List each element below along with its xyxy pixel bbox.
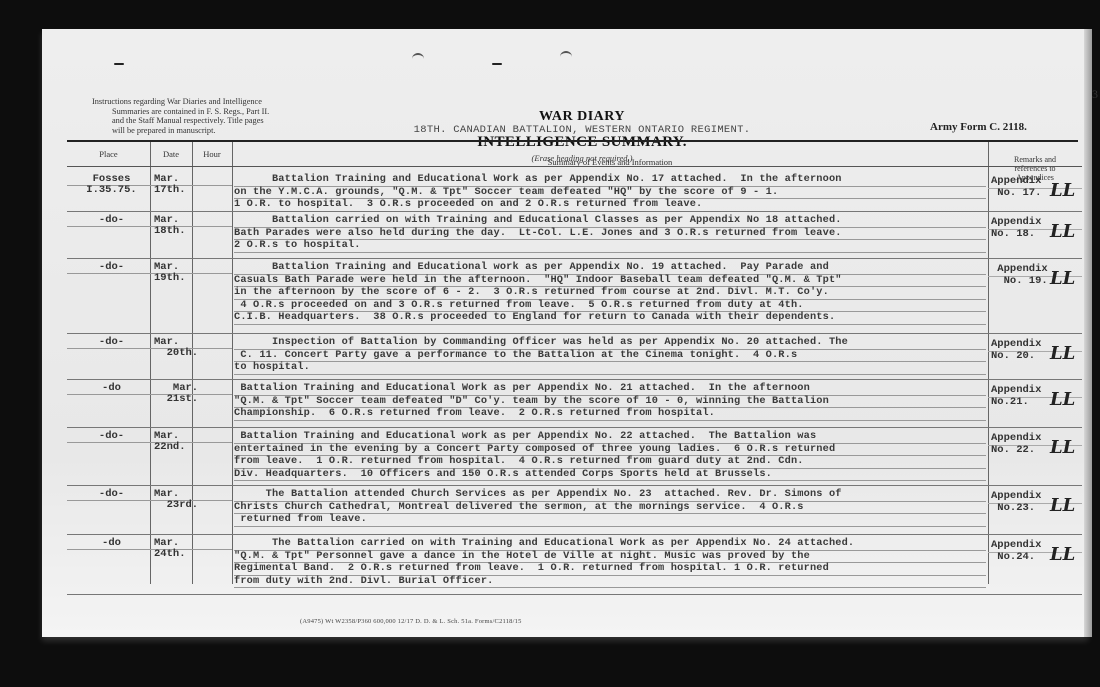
ruled-line — [67, 500, 232, 501]
document-title: WAR DIARY — [382, 109, 782, 125]
cell-place: -do- — [75, 215, 148, 226]
cell-summary: Battalion Training and Educational work … — [234, 430, 835, 480]
column-divider — [150, 142, 151, 584]
ruled-line — [234, 526, 986, 527]
cell-summary: Battalion Training and Educational Work … — [234, 382, 829, 420]
cell-summary: The Battalion attended Church Services a… — [234, 488, 842, 526]
cell-place: FossesI.35.75. — [75, 174, 148, 196]
row-divider — [67, 333, 1082, 334]
column-divider — [232, 142, 233, 584]
ruled-line — [234, 587, 986, 588]
row-divider — [67, 211, 1082, 212]
initials-signature: LL — [1050, 389, 1075, 410]
ruled-line — [234, 252, 986, 253]
page-number-top: 43 — [1086, 87, 1098, 102]
cell-place: -do- — [75, 489, 148, 500]
cell-remark: Appendix No. 17. — [991, 175, 1041, 199]
ruled-line — [234, 480, 986, 481]
title-block: WAR DIARY 18TH. CANADIAN BATTALION, WEST… — [382, 109, 782, 163]
cell-date: Mar.24th. — [154, 538, 186, 560]
printer-imprint: (A9475) Wt W2358/P360 600,000 12/17 D. D… — [300, 618, 522, 625]
cell-date: Mar.22nd. — [154, 431, 186, 453]
cell-summary: Battalion Training and Educational work … — [234, 261, 842, 324]
row-divider — [67, 379, 1082, 380]
document-subtitle: INTELLIGENCE SUMMARY. — [382, 134, 782, 151]
cell-place: -do- — [75, 262, 148, 273]
header-hour: Hour — [192, 149, 232, 159]
row-divider — [67, 594, 1082, 595]
initials-signature: LL — [1050, 221, 1075, 242]
ink-mark — [114, 63, 124, 65]
cell-remark: AppendixNo. 18. — [991, 216, 1041, 240]
cell-remark: AppendixNo. 20. — [991, 338, 1041, 362]
ruled-line — [67, 394, 232, 395]
header-underline — [67, 166, 1082, 167]
cell-summary: The Battalion carried on with Training a… — [234, 537, 854, 587]
row-divider — [67, 534, 1082, 535]
punch-hole — [560, 51, 572, 58]
initials-signature: LL — [1050, 180, 1075, 201]
instructions-note: Instructions regarding War Diaries and I… — [92, 97, 332, 135]
cell-date: Mar. 20th. — [154, 337, 198, 359]
cell-remark: AppendixNo. 22. — [991, 432, 1041, 456]
cell-remark: Appendix No. 19. — [991, 263, 1048, 287]
ruled-line — [234, 324, 986, 325]
ruled-line — [234, 374, 986, 375]
cell-date: Mar.17th. — [154, 174, 186, 196]
cell-date: Mar.19th. — [154, 262, 186, 284]
header-rule — [67, 140, 1078, 142]
cell-remark: AppendixNo.21. — [991, 384, 1041, 408]
ruled-line — [67, 442, 232, 443]
cell-place: -do- — [75, 337, 148, 348]
ink-mark — [492, 63, 502, 65]
column-divider — [192, 142, 193, 584]
cell-place: -do — [75, 538, 148, 549]
header-place: Place — [67, 149, 150, 159]
form-number: Army Form C. 2118. — [930, 121, 1027, 133]
initials-signature: LL — [1050, 343, 1075, 364]
cell-remark: Appendix No.23. — [991, 490, 1041, 514]
cell-date: Mar. 23rd. — [154, 489, 198, 511]
ruled-line — [67, 549, 232, 550]
header-date: Date — [150, 149, 192, 159]
cell-summary: Battalion Training and Educational Work … — [234, 173, 842, 211]
cell-place: -do- — [75, 431, 148, 442]
initials-signature: LL — [1050, 437, 1075, 458]
war-diary-page: 43 Instructions regarding War Diaries an… — [42, 29, 1088, 637]
ruled-line — [67, 226, 232, 227]
cell-place: -do — [75, 383, 148, 394]
cell-summary: Battalion carried on with Training and E… — [234, 214, 842, 252]
cell-remark: Appendix No.24. — [991, 539, 1041, 563]
cell-date: Mar.18th. — [154, 215, 186, 237]
ruled-line — [234, 420, 986, 421]
cell-date: Mar. 21st. — [154, 383, 198, 405]
column-divider — [988, 142, 989, 584]
initials-signature: LL — [1050, 544, 1075, 565]
ruled-line — [67, 348, 232, 349]
cell-summary: Inspection of Battalion by Commanding Of… — [234, 336, 848, 374]
row-divider — [67, 485, 1082, 486]
initials-signature: LL — [1050, 495, 1075, 516]
row-divider — [67, 258, 1082, 259]
initials-signature: LL — [1050, 268, 1075, 289]
punch-hole — [412, 53, 424, 60]
ruled-line — [67, 273, 232, 274]
row-divider — [67, 427, 1082, 428]
